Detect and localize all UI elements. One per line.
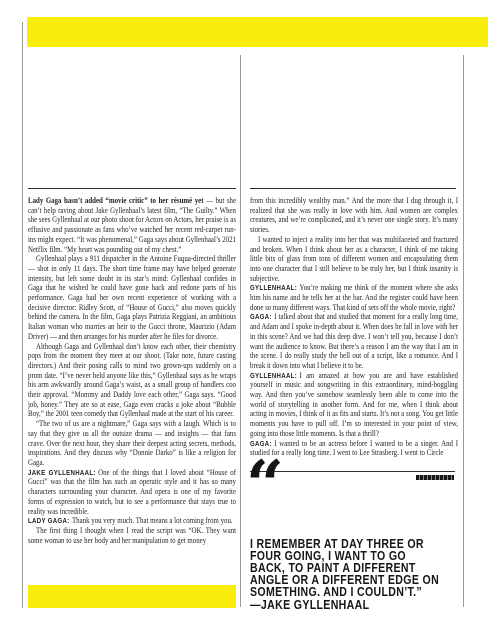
interview-entry: GAGA:I talked about that and studied tha…	[250, 312, 458, 370]
speaker-label: GYLLENHAAL:	[250, 283, 299, 292]
speaker-label: GAGA:	[250, 312, 274, 321]
lead-bold-text: Lady Gaga hasn’t added “movie critic” to…	[28, 196, 204, 205]
body-paragraph: The first thing I thought when I read th…	[28, 526, 236, 545]
lead-paragraph: Lady Gaga hasn’t added “movie critic” to…	[28, 196, 236, 254]
right-column: from this incredibly wealthy man.” And t…	[250, 188, 456, 458]
body-paragraph: I wanted to inject a reality into her th…	[250, 235, 458, 284]
right-column-top-rule	[250, 188, 456, 189]
pull-quote-attribution: —JAKE GYLLENHAAL	[250, 598, 452, 612]
left-column: Lady Gaga hasn’t added “movie critic” to…	[28, 188, 236, 545]
quotation-mark-icon: “	[246, 452, 281, 518]
interview-text: I am amazed at how you are and have esta…	[250, 370, 458, 438]
interview-entry: GAGA:I wanted to be an actress before I …	[250, 439, 458, 458]
interview-text: I talked about that and studied that mom…	[250, 311, 458, 370]
speaker-label: JAKE GYLLENHAAL:	[28, 468, 98, 477]
column-divider-rule	[240, 55, 241, 607]
highlight-yellow-block	[28, 585, 236, 608]
body-paragraph: from this incredibly wealthy man.” And t…	[250, 196, 458, 235]
body-paragraph: Although Gaga and Gyllenhaal don’t know …	[28, 342, 236, 420]
speaker-label: GYLLENHAAL:	[250, 371, 299, 380]
left-page-edge-rule	[22, 22, 23, 608]
left-column-text: Lady Gaga hasn’t added “movie critic” to…	[28, 196, 236, 545]
body-paragraph: “The two of us are a nightmare,” Gaga sa…	[28, 419, 236, 468]
pull-quote-text: I REMEMBER AT DAY THREE OR FOUR GOING, I…	[250, 538, 452, 598]
magazine-page: Lady Gaga hasn’t added “movie critic” to…	[0, 0, 488, 640]
interview-text: I wanted to be an actress before I wante…	[250, 438, 458, 458]
interview-entry: GYLLENHAAL:You’re making me think of the…	[250, 283, 458, 312]
interview-entry: GYLLENHAAL:I am amazed at how you are an…	[250, 371, 458, 439]
interview-text: Thank you very much. That means a lot co…	[72, 515, 233, 525]
lead-rest-text: — but she can’t help raving about Jake G…	[28, 196, 236, 254]
photo-credit-badge	[416, 475, 454, 480]
left-column-top-rule	[28, 188, 236, 189]
speaker-label: LADY GAGA:	[28, 516, 72, 525]
right-column-text: from this incredibly wealthy man.” And t…	[250, 196, 458, 458]
body-paragraph: Gyllenhaal plays a 911 dispatcher in the…	[28, 254, 236, 341]
right-page-edge-rule	[463, 55, 464, 607]
header-yellow-band	[27, 17, 488, 47]
interview-entry: JAKE GYLLENHAAL:One of the things that I…	[28, 468, 236, 517]
